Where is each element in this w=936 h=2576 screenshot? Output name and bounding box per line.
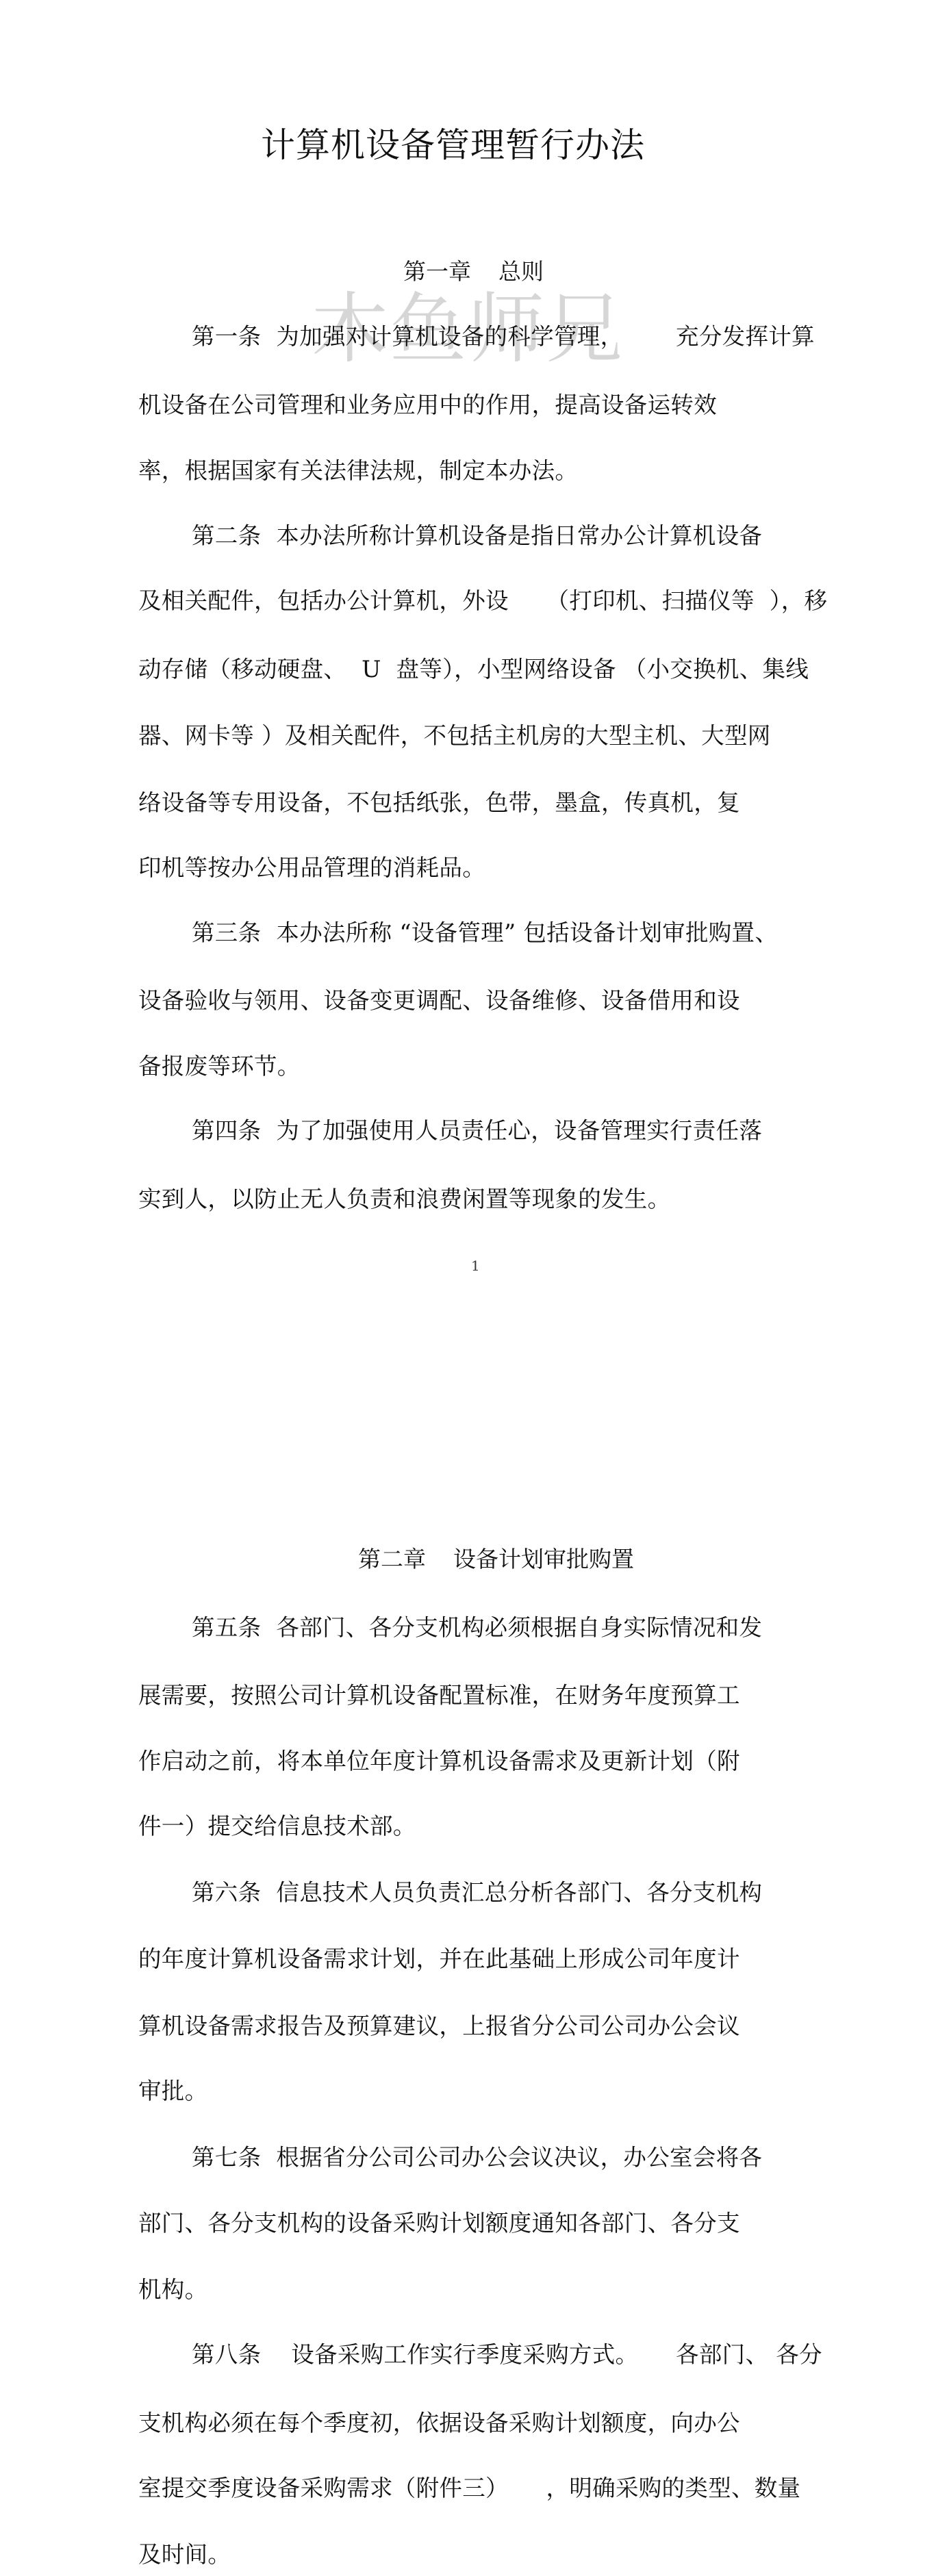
article-text: 为了加强使用人员责任心，设备管理实行责任落 (276, 1117, 762, 1144)
page-number: 1 (471, 1257, 480, 1275)
article-5-line-2: 展需要，按照公司计算机设备配置标准，在财务年度预算工 (138, 1681, 740, 1711)
chapter-name: 总则 (498, 258, 544, 285)
article-6-line-4: 审批。 (138, 2076, 207, 2106)
article-label: 第一条 (192, 323, 261, 350)
document-page: 木鱼师兄 计算机设备管理暂行办法 第一章总则 第一条为加强对计算机设备的科学管理… (0, 0, 936, 2576)
article-6-line-3: 算机设备需求报告及预算建议，上报省分公司公司办公会议 (138, 2011, 740, 2041)
article-7-line-3: 机构。 (138, 2275, 207, 2305)
article-1-line-3: 率，根据国家有关法律法规，制定本办法。 (138, 456, 578, 486)
article-text: 根据省分公司公司办公会议决议，办公室会将各 (276, 2144, 762, 2171)
article-text: 本办法所称计算机设备是指日常办公计算机设备 (276, 522, 762, 549)
article-label: 第五条 (192, 1614, 261, 1641)
article-label: 第六条 (192, 1879, 261, 1906)
article-text: 设备采购工作实行季度采购方式。 各部门、 各分 (276, 2341, 822, 2368)
article-text: 为加强对计算机设备的科学管理， 充分发挥计算 (276, 323, 814, 350)
article-5-line-3: 作启动之前，将本单位年度计算机设备需求及更新计划（附 (138, 1746, 740, 1776)
article-text: 本办法所称 “设备管理” 包括设备计划审批购置、 (276, 919, 778, 946)
article-1-line-1: 第一条为加强对计算机设备的科学管理， 充分发挥计算 (192, 322, 815, 352)
chapter-heading-2: 第二章设备计划审批购置 (358, 1544, 634, 1574)
article-label: 第七条 (192, 2144, 261, 2171)
article-8-line-3: 室提交季度设备采购需求（附件三） ，明确采购的类型、数量 (138, 2473, 800, 2503)
article-label: 第三条 (192, 919, 261, 946)
article-1-line-2: 机设备在公司管理和业务应用中的作用，提高设备运转效 (138, 390, 717, 420)
document-title: 计算机设备管理暂行办法 (0, 123, 936, 167)
article-2-line-1: 第二条本办法所称计算机设备是指日常办公计算机设备 (192, 521, 762, 551)
chapter-label: 第二章 (358, 1546, 426, 1572)
article-5-line-1: 第五条各部门、各分支机构必须根据自身实际情况和发 (192, 1613, 762, 1643)
chapter-heading-1: 第一章总则 (403, 257, 544, 287)
article-7-line-1: 第七条根据省分公司公司办公会议决议，办公室会将各 (192, 2143, 762, 2173)
article-5-line-4: 件一）提交给信息技术部。 (138, 1811, 416, 1841)
article-8-line-4: 及时间。 (138, 2540, 231, 2570)
article-text: 各部门、各分支机构必须根据自身实际情况和发 (276, 1614, 762, 1641)
article-3-line-1: 第三条本办法所称 “设备管理” 包括设备计划审批购置、 (192, 918, 778, 948)
article-4-line-1: 第四条为了加强使用人员责任心，设备管理实行责任落 (192, 1116, 762, 1146)
article-2-line-5: 络设备等专用设备，不包括纸张，色带，墨盒，传真机，复 (138, 788, 740, 818)
chapter-label: 第一章 (403, 258, 471, 285)
document-title-text: 计算机设备管理暂行办法 (261, 125, 645, 165)
article-4-line-2: 实到人，以防止无人负责和浪费闲置等现象的发生。 (138, 1184, 670, 1214)
article-8-line-1: 第八条 设备采购工作实行季度采购方式。 各部门、 各分 (192, 2340, 822, 2370)
chapter-name: 设备计划审批购置 (453, 1546, 634, 1572)
article-3-line-2: 设备验收与领用、设备变更调配、设备维修、设备借用和设 (138, 986, 740, 1016)
article-2-line-2: 及相关配件，包括办公计算机，外设 （打印机、扫描仪等 ），移 (138, 586, 827, 616)
article-6-line-2: 的年度计算机设备需求计划，并在此基础上形成公司年度计 (138, 1944, 740, 1974)
article-8-line-2: 支机构必须在每个季度初，依据设备采购计划额度，向办公 (138, 2408, 740, 2438)
article-2-line-4: 器、网卡等 ）及相关配件，不包括主机房的大型主机、大型网 (138, 721, 771, 751)
article-2-line-6: 印机等按办公用品管理的消耗品。 (138, 853, 485, 883)
article-2-line-3: 动存储（移动硬盘、 U 盘等），小型网络设备 （小交换机、集线 (138, 654, 809, 685)
article-7-line-2: 部门、各分支机构的设备采购计划额度通知各部门、各分支 (138, 2208, 740, 2239)
article-6-line-1: 第六条信息技术人员负责汇总分析各部门、各分支机构 (192, 1878, 762, 1908)
article-3-line-3: 备报废等环节。 (138, 1051, 301, 1082)
article-label: 第二条 (192, 522, 261, 549)
article-label: 第四条 (192, 1117, 261, 1144)
article-label: 第八条 (192, 2341, 261, 2368)
article-text: 信息技术人员负责汇总分析各部门、各分支机构 (276, 1879, 762, 1906)
